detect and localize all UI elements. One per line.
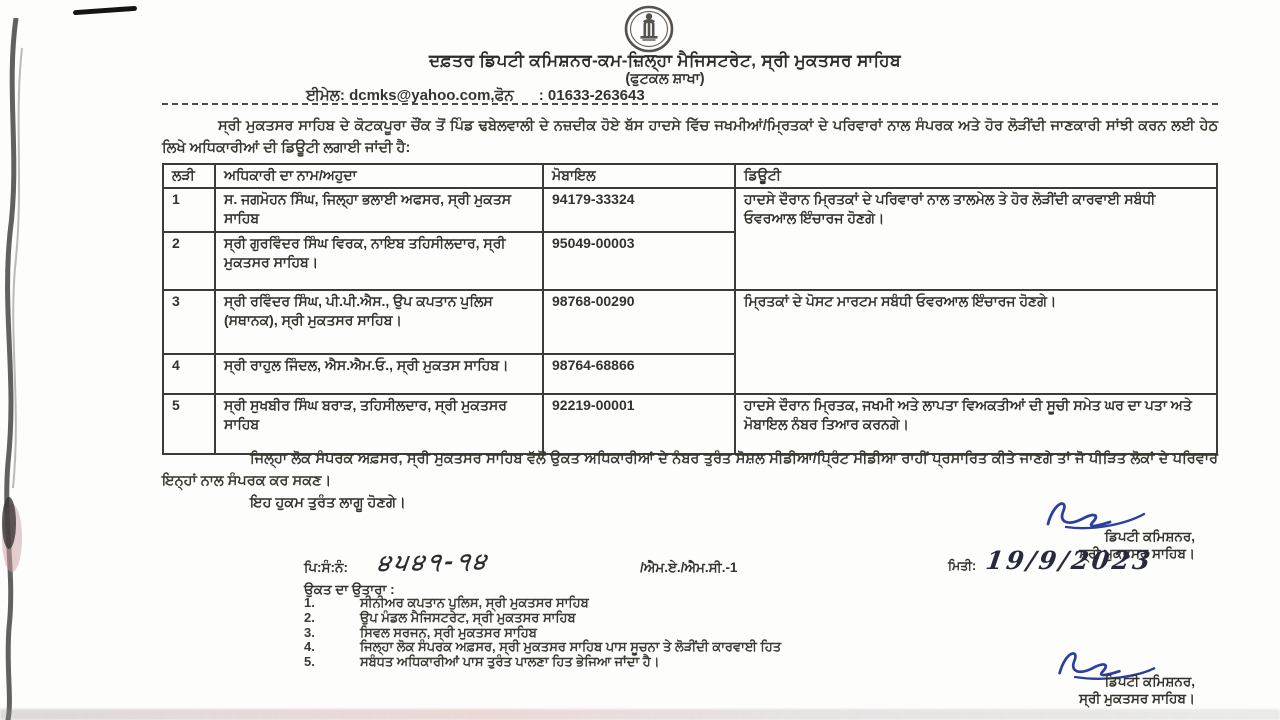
mobile-cell: 98764-68866	[543, 354, 735, 394]
reference-suffix: /ਐਮ.ਏ./ਐਮ.ਸੀ.-1	[640, 560, 737, 576]
closing-paragraph: ਜਿਲ੍ਹਾ ਲੋਕ ਸੰਪਰਕ ਅਫ਼ਸਰ, ਸ੍ਰੀ ਮੁਕਤਸਰ ਸਾਹਿ…	[162, 448, 1218, 492]
order-effective-line: ਇਹ ਹੁਕਮ ਤੁਰੰਤ ਲਾਗੂ ਹੋਣਗੇ।	[250, 495, 406, 511]
scan-artifact-bottom-strip	[0, 709, 1280, 720]
ashoka-emblem-icon	[617, 4, 681, 54]
scan-artifact-left-edge	[0, 18, 34, 720]
serial-cell: 5	[163, 394, 215, 454]
list-item-number: 5.	[304, 655, 360, 670]
reference-number-label: ਪਿ:ਸੰ:ਨੰ:	[304, 560, 348, 576]
duty-cell: ਹਾਦਸੇ ਦੌਰਾਨ ਮ੍ਰਿਤਕਾਂ ਦੇ ਪਰਿਵਾਰਾਂ ਨਾਲ ਤਾਲ…	[735, 188, 1217, 290]
list-item-number: 3.	[304, 626, 360, 641]
list-item: 2. ਉਪ ਮੰਡਲ ਮੈਜਿਸਟਰੇਟ, ਸ੍ਰੀ ਮੁਕਤਸਰ ਸਾਹਿਬ	[304, 611, 1184, 626]
mobile-cell: 98768-00290	[543, 290, 735, 354]
serial-cell: 1	[163, 188, 215, 232]
list-item-text: ਸੀਨੀਅਰ ਕਪਤਾਨ ਪੁਲਿਸ, ਸ੍ਰੀ ਮੁਕਤਸਰ ਸਾਹਿਬ	[360, 596, 1184, 611]
list-item-number: 1.	[304, 596, 360, 611]
officer-name-cell: ਸ. ਜਗਮੋਹਨ ਸਿੰਘ, ਜਿਲ੍ਹਾ ਭਲਾਈ ਅਫਸਰ, ਸ੍ਰੀ ਮ…	[215, 188, 543, 232]
serial-cell: 4	[163, 354, 215, 394]
dashed-separator	[162, 103, 1218, 105]
duty-cell: ਹਾਦਸੇ ਦੌਰਾਨ ਮ੍ਰਿਤਕ, ਜਖਮੀ ਅਤੇ ਲਾਪਤਾ ਵਿਅਕਤ…	[735, 394, 1217, 454]
header-duty: ਡਿਊਟੀ	[735, 164, 1217, 188]
officer-name-cell: ਸ੍ਰੀ ਗੁਰਵਿੰਦਰ ਸਿੰਘ ਵਿਰਕ, ਨਾਇਬ ਤਹਿਸੀਲਦਾਰ,…	[215, 232, 543, 290]
signatory-designation: ਡਿਪਟੀ ਕਮਿਸ਼ਨਰ,	[963, 673, 1195, 690]
scanned-document-page: ਦਫ਼ਤਰ ਡਿਪਟੀ ਕਮਿਸ਼ਨਰ-ਕਮ-ਜ਼ਿਲ੍ਹਾ ਮੈਜਿਸਟਰੇਟ…	[0, 0, 1280, 720]
intro-paragraph: ਸ੍ਰੀ ਮੁਕਤਸਰ ਸਾਹਿਬ ਦੇ ਕੋਟਕਪੂਰਾ ਚੌਂਕ ਤੋਂ ਪ…	[162, 116, 1218, 159]
mobile-cell: 92219-00001	[543, 394, 735, 454]
signature-block: ਡਿਪਟੀ ਕਮਿਸ਼ਨਰ, ਸ੍ਰੀ ਮੁਕਤਸਰ ਸਾਹਿਬ।	[963, 673, 1195, 707]
list-item-number: 2.	[304, 611, 360, 626]
date-handwritten: 19/9/2023	[984, 546, 1155, 575]
date-label: ਮਿਤੀ:	[948, 559, 976, 574]
signatory-place: ਸ੍ਰੀ ਮੁਕਤਸਰ ਸਾਹਿਬ।	[963, 690, 1195, 707]
list-item-text: ਉਪ ਮੰਡਲ ਮੈਜਿਸਟਰੇਟ, ਸ੍ਰੀ ਮੁਕਤਸਰ ਸਾਹਿਬ	[360, 611, 1184, 626]
signature-ink-1	[1038, 497, 1150, 531]
header-name: ਅਧਿਕਾਰੀ ਦਾ ਨਾਮ/ਅਹੁਦਾ	[215, 164, 543, 188]
signatory-designation: ਡਿਪਟੀ ਕਮਿਸ਼ਨਰ,	[963, 528, 1195, 545]
table-row: 5 ਸ੍ਰੀ ਸੁਖਬੀਰ ਸਿੰਘ ਬਰਾੜ, ਤਹਿਸੀਲਦਾਰ, ਸ੍ਰੀ…	[163, 394, 1217, 454]
officer-name-cell: ਸ੍ਰੀ ਰਵਿੰਦਰ ਸਿੰਘ, ਪੀ.ਪੀ.ਐਸ., ਉਪ ਕਪਤਾਨ ਪੁ…	[215, 290, 543, 354]
table-row: 1 ਸ. ਜਗਮੋਹਨ ਸਿੰਘ, ਜਿਲ੍ਹਾ ਭਲਾਈ ਅਫਸਰ, ਸ੍ਰੀ…	[163, 188, 1217, 232]
list-item-number: 4.	[304, 640, 360, 655]
serial-cell: 2	[163, 232, 215, 290]
officer-name-cell: ਸ੍ਰੀ ਰਾਹੁਲ ਜਿੰਦਲ, ਐਸ.ਐਮ.ਓ., ਸ੍ਰੀ ਮੁਕਤਸ ਸ…	[215, 354, 543, 394]
duty-table: ਲੜੀ ਅਧਿਕਾਰੀ ਦਾ ਨਾਮ/ਅਹੁਦਾ ਮੋਬਾਇਲ ਡਿਊਟੀ 1 …	[162, 163, 1218, 455]
contact-line: ਈਮੇਲ: dcmks@yahoo.com,ਫੋਨ : 01633-263643	[306, 87, 645, 104]
reference-number-handwritten: ੪੫੪੧-੧੪	[377, 548, 492, 576]
branch-title: (ਫੁਟਕਲ ਸ਼ਾਖਾ)	[180, 71, 1150, 87]
list-item: 1. ਸੀਨੀਅਰ ਕਪਤਾਨ ਪੁਲਿਸ, ਸ੍ਰੀ ਮੁਕਤਸਰ ਸਾਹਿਬ	[304, 596, 1184, 611]
duty-cell: ਮ੍ਰਿਤਕਾਂ ਦੇ ਪੋਸਟ ਮਾਰਟਮ ਸਬੰਧੀ ਓਵਰਆਲ ਇੰਚਾਰ…	[735, 290, 1217, 394]
office-title: ਦਫ਼ਤਰ ਡਿਪਟੀ ਕਮਿਸ਼ਨਰ-ਕਮ-ਜ਼ਿਲ੍ਹਾ ਮੈਜਿਸਟਰੇਟ…	[180, 51, 1150, 71]
serial-cell: 3	[163, 290, 215, 354]
table-header-row: ਲੜੀ ਅਧਿਕਾਰੀ ਦਾ ਨਾਮ/ਅਹੁਦਾ ਮੋਬਾਇਲ ਡਿਊਟੀ	[163, 164, 1217, 188]
header-mobile: ਮੋਬਾਇਲ	[543, 164, 735, 188]
mobile-cell: 95049-00003	[543, 232, 735, 290]
scan-artifact-top-mark	[73, 6, 137, 15]
mobile-cell: 94179-33324	[543, 188, 735, 232]
table-row: 3 ਸ੍ਰੀ ਰਵਿੰਦਰ ਸਿੰਘ, ਪੀ.ਪੀ.ਐਸ., ਉਪ ਕਪਤਾਨ …	[163, 290, 1217, 354]
officer-name-cell: ਸ੍ਰੀ ਸੁਖਬੀਰ ਸਿੰਘ ਬਰਾੜ, ਤਹਿਸੀਲਦਾਰ, ਸ੍ਰੀ ਮ…	[215, 394, 543, 454]
header-serial: ਲੜੀ	[163, 164, 215, 188]
